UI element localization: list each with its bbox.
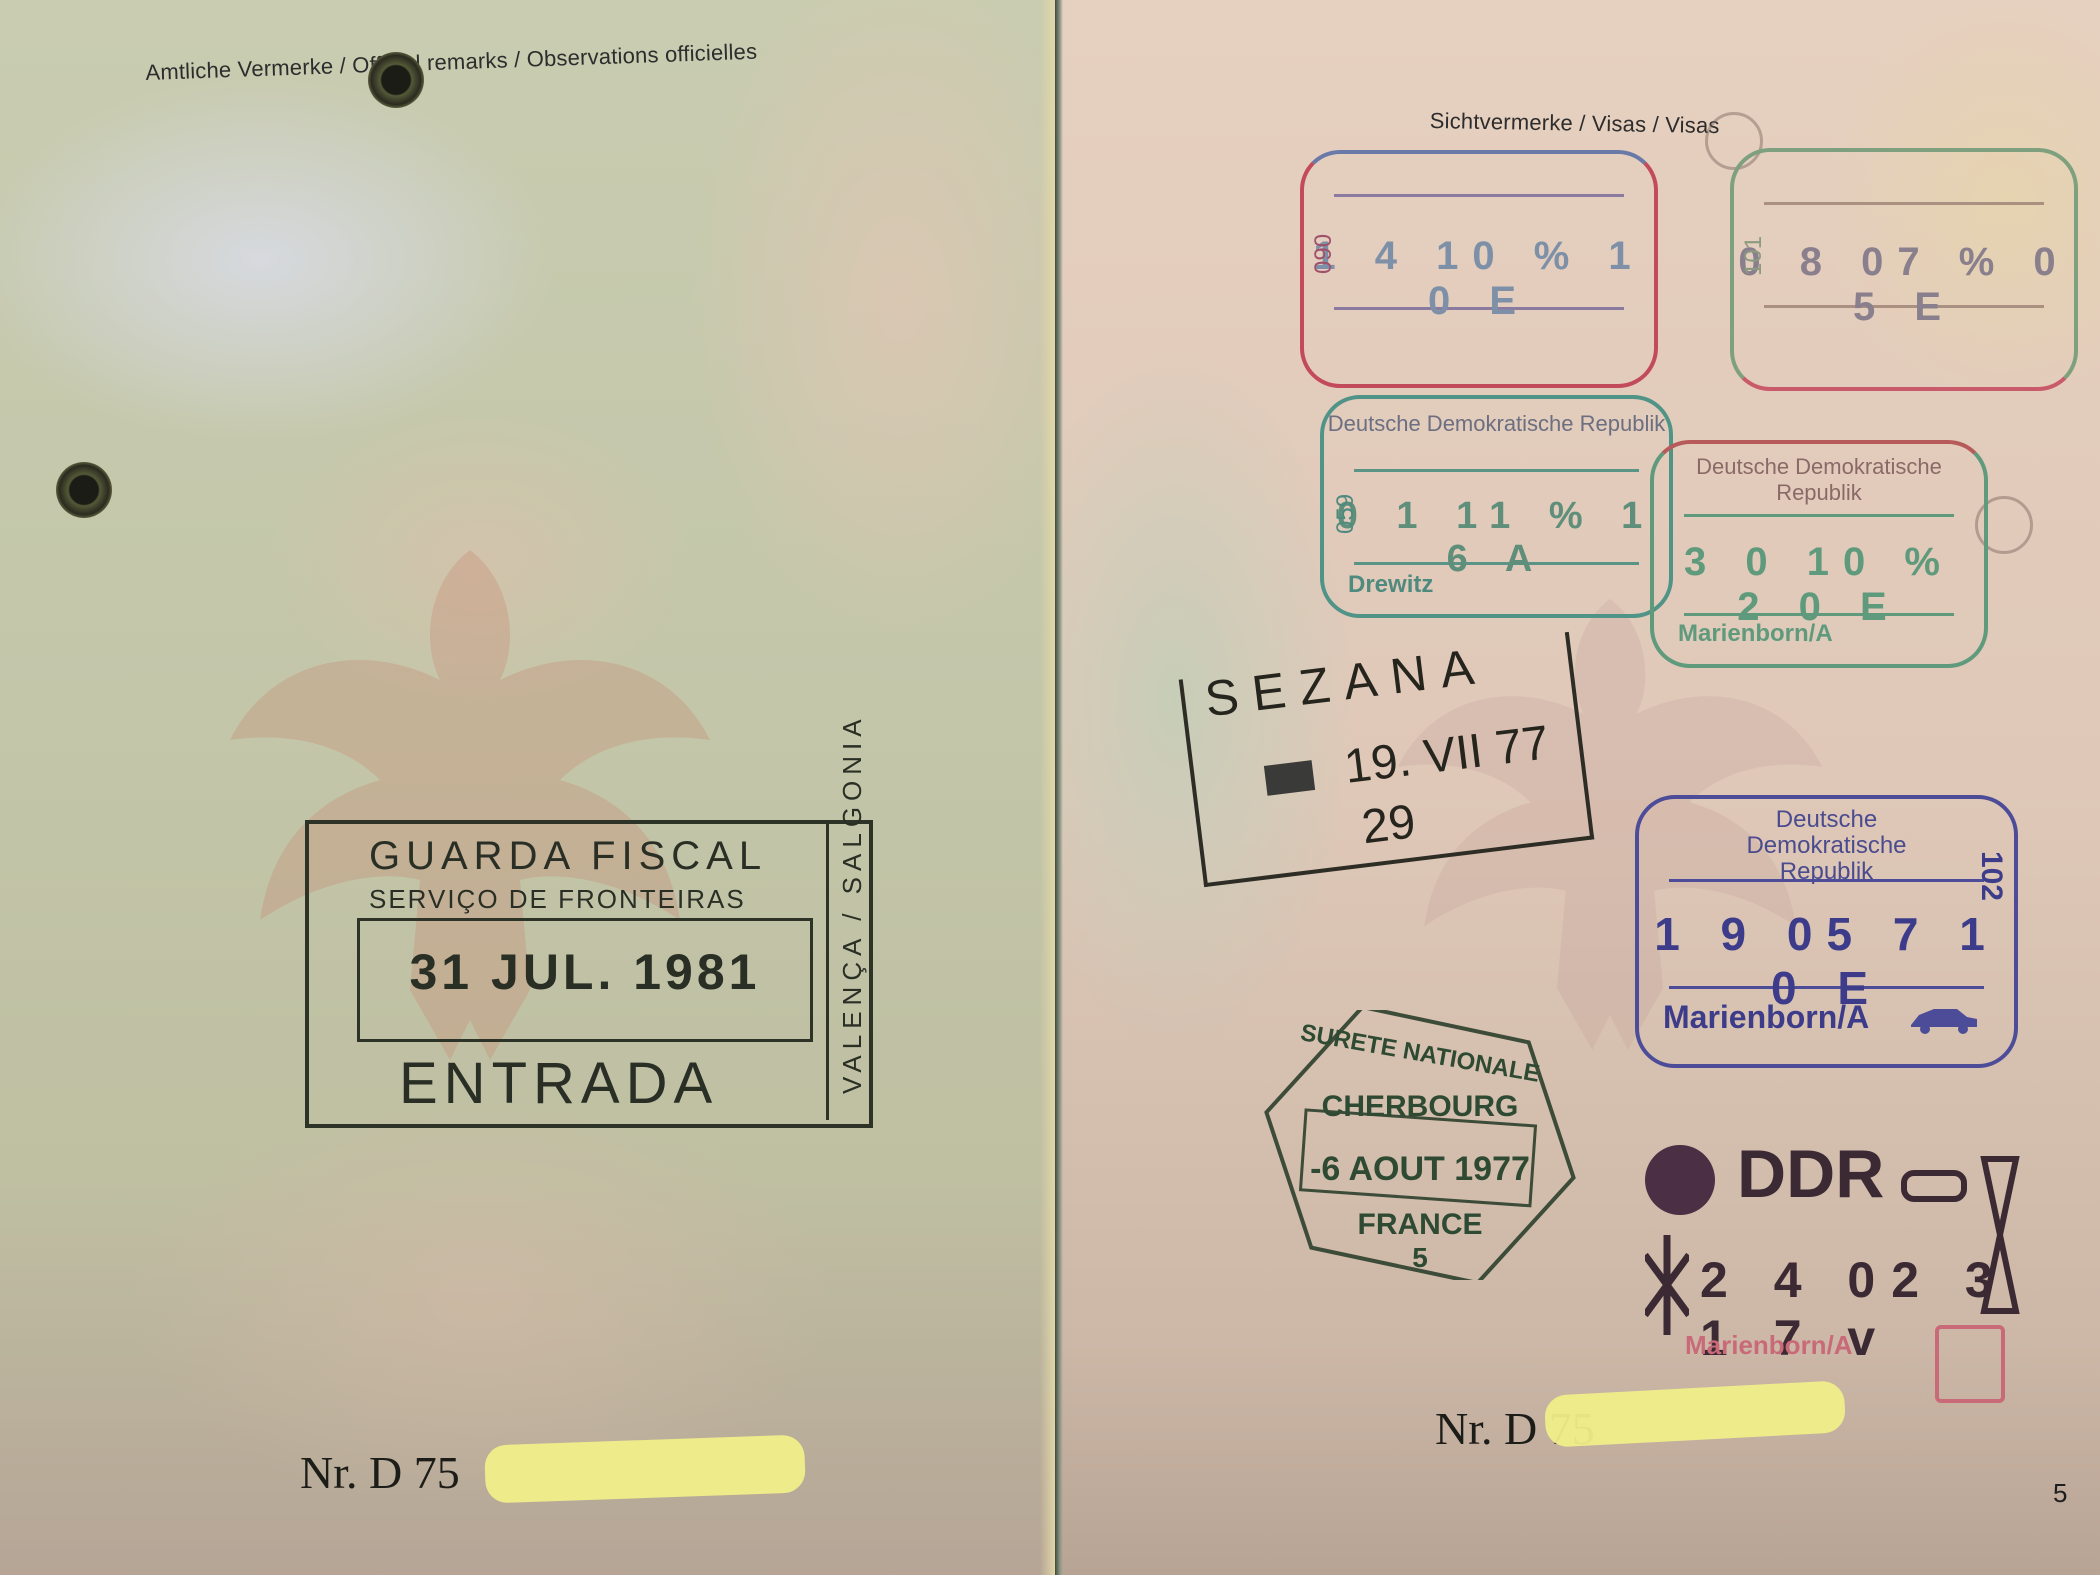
stamp-code: 0 1 11 % 1 6 A (1324, 495, 1669, 581)
ddr-transit-stamp: Deutsche Demokratische Republik 3 0 10 %… (1650, 440, 1988, 668)
stamp-code: 1 4 10 % 1 0 E (1304, 234, 1654, 324)
stamp-title: DDR (1737, 1135, 1884, 1213)
portugal-entry-stamp: GUARDA FISCAL SERVIÇO DE FRONTEIRAS 31 J… (305, 820, 873, 1128)
car-icon (1900, 1165, 1970, 1205)
grommet-hole-icon (368, 52, 424, 108)
page-header-official-remarks: Amtliche Vermerke / Official remarks / O… (145, 39, 758, 86)
ddr-transit-stamp: Deutsche Demokratische Republik 0 1 11 %… (1320, 395, 1673, 618)
stamp-authority: GUARDA FISCAL (369, 834, 767, 879)
stamp-header: Deutsche Demokratische Republik (1654, 454, 1984, 506)
stamp-code: 3 0 10 % 2 0 E (1654, 540, 1984, 630)
stamp-code: 0 8 07 % 0 5 E (1734, 240, 2074, 330)
binding-gutter (1055, 0, 1063, 1575)
grommet-hole-icon (56, 462, 112, 518)
stamp-date: 19. VII 77 (1341, 715, 1552, 795)
stamp-location: Marienborn/A (1678, 620, 1833, 648)
stamp-date: -6 AOUT 1977 (1255, 1150, 1585, 1189)
stamp-header: Deutsche Demokratische Republik (1324, 411, 1669, 437)
page-number: 5 (2053, 1478, 2067, 1509)
stamp-location: Marienborn/A (1685, 1330, 1853, 1361)
stamp-side-code: 090 (1310, 234, 1338, 274)
stamp-side-code: 102 (1974, 851, 2008, 901)
document-number: Nr. D 75 (300, 1446, 460, 1499)
stamp-seal-block (1264, 760, 1315, 796)
stamp-side-code: 101 (1740, 236, 1768, 276)
page-edge (1040, 0, 1056, 1575)
stamp-box (1935, 1325, 2005, 1403)
left-page-official-remarks: Amtliche Vermerke / Official remarks / O… (0, 0, 1055, 1575)
stamp-place: CHERBOURG (1255, 1090, 1585, 1124)
ddr-transit-stamp: 0 8 07 % 0 5 E 101 (1730, 148, 2078, 391)
ddr-stamp: DDR 2 4 02 3 1 7 v Marienborn/A (1645, 1135, 2025, 1415)
ornament-icon (1645, 1235, 1689, 1335)
stamp-service: SERVIÇO DE FRONTEIRAS (369, 884, 746, 915)
redaction-highlight (484, 1434, 806, 1503)
stamp-number: 5 (1255, 1242, 1585, 1274)
ddr-emblem-icon (1645, 1145, 1715, 1215)
stamp-header: Deutsche Demokratische Republik (1639, 807, 2014, 885)
stamp-location: Drewitz (1348, 571, 1433, 599)
stamp-side-code: 059 (1332, 494, 1360, 534)
car-icon (1909, 1005, 1979, 1035)
stamp-number: 29 (1359, 794, 1419, 855)
ddr-transit-stamp-marienborn: Deutsche Demokratische Republik 1 9 05 7… (1635, 795, 2018, 1068)
passport-spread: Amtliche Vermerke / Official remarks / O… (0, 0, 2100, 1575)
stamp-location: Marienborn/A (1663, 999, 1869, 1036)
ddr-transit-stamp: 1 4 10 % 1 0 E 090 (1300, 150, 1658, 388)
stamp-side-text: VALENÇA / SALGONIA (837, 713, 868, 1094)
stamp-date: 31 JUL. 1981 (360, 943, 810, 1001)
france-police-stamp: SURETE NATIONALE CHERBOURG -6 AOUT 1977 … (1255, 1010, 1585, 1280)
stamp-country: FRANCE (1255, 1208, 1585, 1242)
page-header-visas: Sichtvermerke / Visas / Visas (1430, 108, 1720, 139)
stamp-direction: ENTRADA (399, 1050, 718, 1117)
